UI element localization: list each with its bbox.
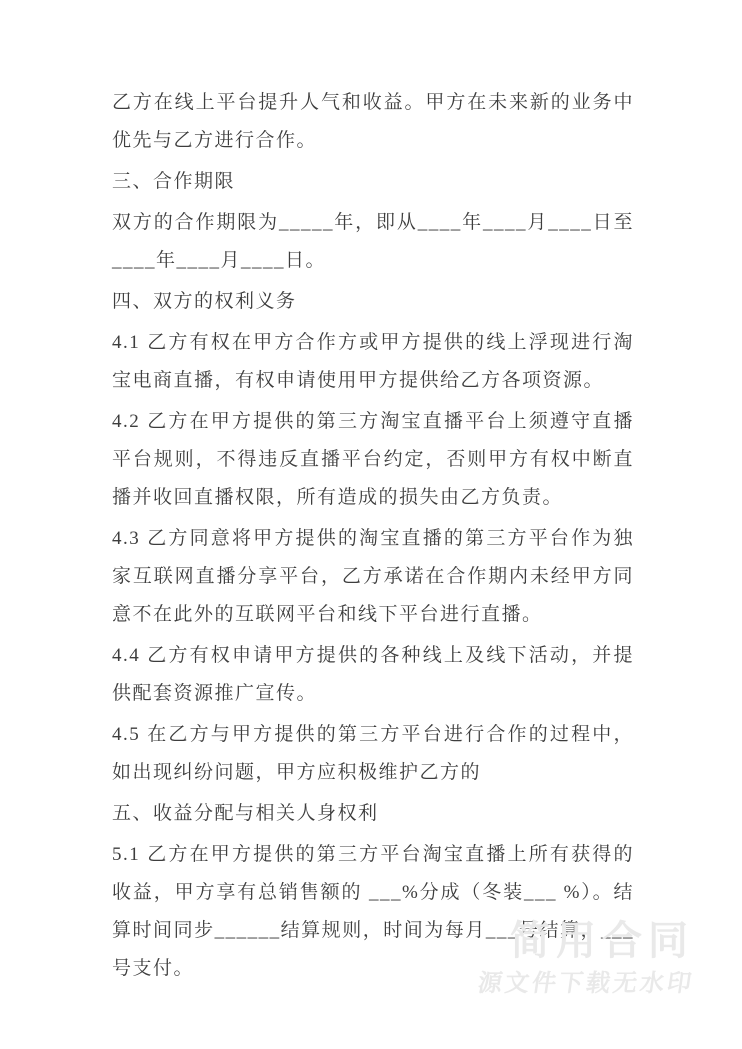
paragraph: 乙方在线上平台提升人气和收益。甲方在未来新的业务中优先与乙方进行合作。: [112, 84, 634, 160]
paragraph: 双方的合作期限为_____年，即从____年____月____日至____年__…: [112, 204, 634, 280]
section-heading: 四、双方的权利义务: [112, 283, 634, 321]
paragraph: 4.4 乙方有权申请甲方提供的各种线上及线下活动，并提供配套资源推广宣传。: [112, 637, 634, 713]
paragraph: 4.1 乙方有权在甲方合作方或甲方提供的线上浮现进行淘宝电商直播，有权申请使用甲…: [112, 324, 634, 400]
paragraph: 4.2 乙方在甲方提供的第三方淘宝直播平台上须遵守直播平台规则，不得违反直播平台…: [112, 403, 634, 517]
paragraph: 4.5 在乙方与甲方提供的第三方平台进行合作的过程中，如出现纠纷问题，甲方应积极…: [112, 716, 634, 792]
paragraph: 5.1 乙方在甲方提供的第三方平台淘宝直播上所有获得的收益，甲方享有总销售额的 …: [112, 836, 634, 988]
section-heading: 五、收益分配与相关人身权利: [112, 795, 634, 833]
contract-page: 乙方在线上平台提升人气和收益。甲方在未来新的业务中优先与乙方进行合作。三、合作期…: [0, 0, 742, 1049]
contract-body: 乙方在线上平台提升人气和收益。甲方在未来新的业务中优先与乙方进行合作。三、合作期…: [112, 84, 634, 991]
section-heading: 三、合作期限: [112, 163, 634, 201]
paragraph: 4.3 乙方同意将甲方提供的淘宝直播的第三方平台作为独家互联网直播分享平台，乙方…: [112, 520, 634, 634]
